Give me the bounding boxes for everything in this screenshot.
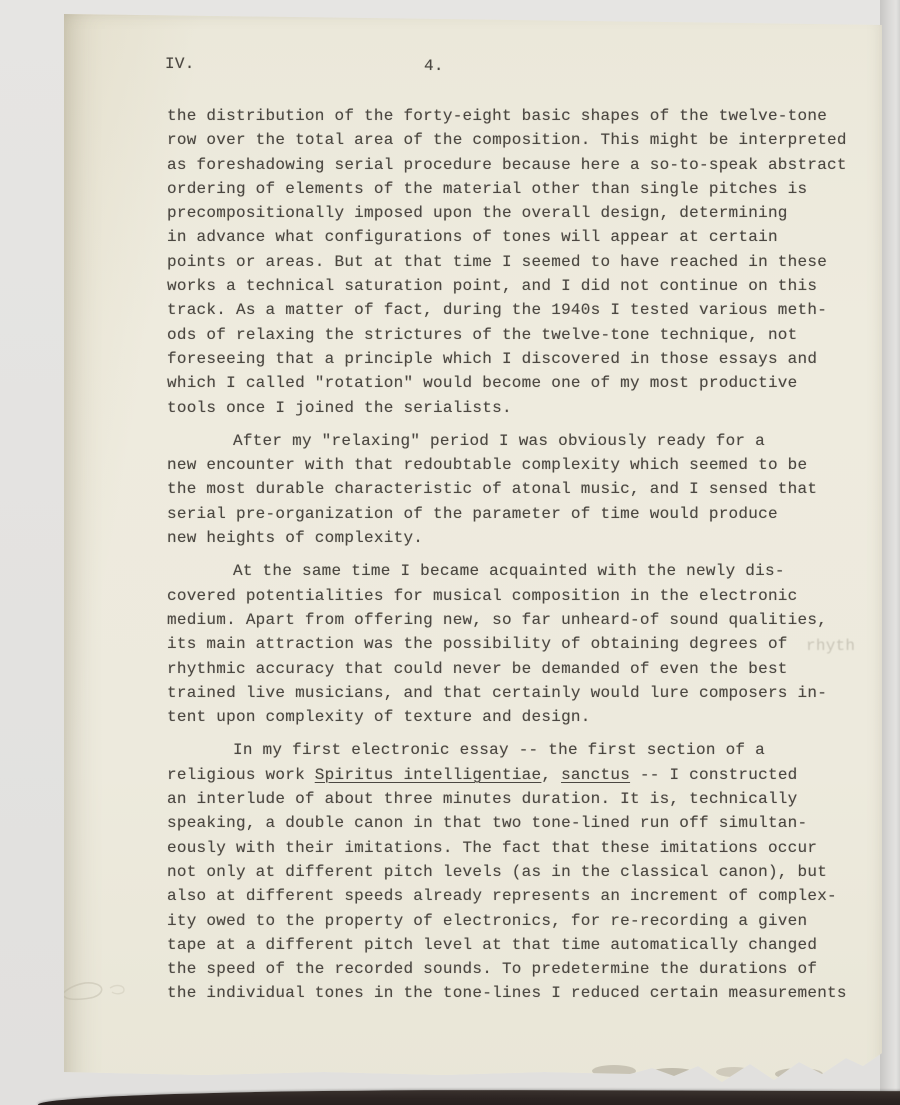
- pencil-scribble: [54, 960, 144, 1020]
- page-body: the distribution of the forty-eight basi…: [167, 104, 879, 1015]
- manuscript-page: IV. 4. the distribution of the forty-eig…: [64, 12, 882, 1090]
- paragraph: In my first electronic essay -- the firs…: [167, 738, 879, 1005]
- section-label: IV.: [165, 55, 195, 73]
- scan-right-edge-band: [880, 0, 900, 1105]
- paragraph: After my "relaxing" period I was obvious…: [167, 429, 879, 550]
- paragraph: the distribution of the forty-eight basi…: [167, 104, 879, 420]
- ghost-typed-text: rhyth: [806, 634, 855, 658]
- paragraph: At the same time I became acquainted wit…: [167, 559, 879, 729]
- page-number: 4.: [424, 57, 444, 75]
